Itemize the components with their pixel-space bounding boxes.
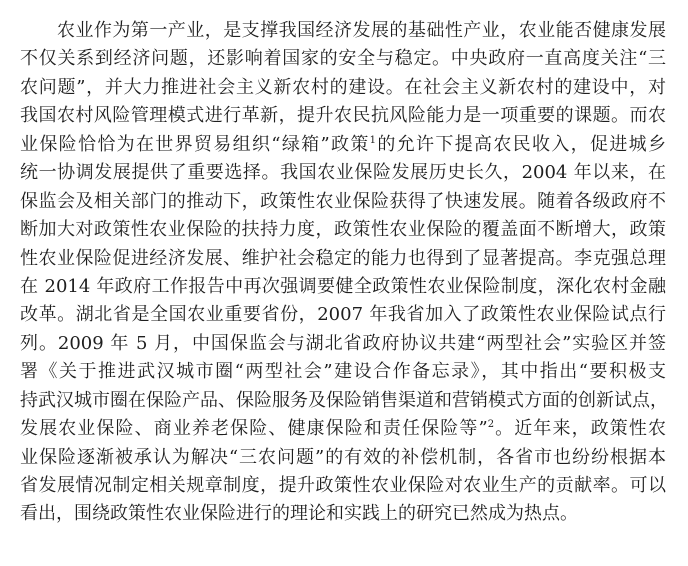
- paragraph-line: 列。2009 年 5 月，中国保监会与湖北省政府协议共建“两型社会”实验区并签: [20, 330, 666, 358]
- paragraph-line: 看出，围绕政策性农业保险进行的理论和实践上的研究已然成为热点。: [20, 500, 666, 528]
- paragraph-line: 省发展情况制定相关规章制度，提升政策性农业保险对农业生产的贡献率。可以: [20, 472, 666, 500]
- paragraph-line: 改革。湖北省是全国农业重要省份，2007 年我省加入了政策性农业保险试点行: [20, 301, 666, 329]
- paragraph-line-with-footnote: 业保险恰恰为在世界贸易组织“绿箱”政策1的允许下提高农民收入，促进城乡: [20, 131, 666, 159]
- body-paragraph: 农业作为第一产业，是支撑我国经济发展的基础性产业，农业能否健康发展 不仅关系到经…: [20, 17, 666, 529]
- paragraph-line: 不仅关系到经济问题，还影响着国家的安全与稳定。中央政府一直高度关注“三: [20, 45, 666, 73]
- paragraph-line: 断加大对政策性农业保险的扶持力度，政策性农业保险的覆盖面不断增大，政策: [20, 216, 666, 244]
- paragraph-line: 性农业保险促进经济发展、维护社会稳定的能力也得到了显著提高。李克强总理: [20, 245, 666, 273]
- paragraph-line: 持武汉城市圈在保险产品、保险服务及保险销售渠道和营销模式方面的创新试点，: [20, 387, 666, 415]
- paragraph-line: 署《关于推进武汉城市圈“两型社会”建设合作备忘录》，其中指出“要积极支: [20, 358, 666, 386]
- line-text: 的允许下提高农民收入，促进城乡: [376, 134, 666, 155]
- line-text: 发展农业保险、商业养老保险、健康保险和责任保险等”: [20, 418, 488, 439]
- paragraph-line: 保监会及相关部门的推动下，政策性农业保险获得了快速发展。随着各级政府不: [20, 188, 666, 216]
- paragraph-line: 业保险逐渐被承认为解决“三农问题”的有效的补偿机制，各省市也纷纷根据本: [20, 444, 666, 472]
- paragraph-line: 农问题”，并大力推进社会主义新农村的建设。在社会主义新农村的建设中，对: [20, 74, 666, 102]
- document-page: 农业作为第一产业，是支撑我国经济发展的基础性产业，农业能否健康发展 不仅关系到经…: [20, 17, 666, 529]
- paragraph-line: 统一协调发展提供了重要选择。我国农业保险发展历史长久，2004 年以来，在: [20, 159, 666, 187]
- paragraph-line: 我国农村风险管理模式进行革新，提升农民抗风险能力是一项重要的课题。而农: [20, 102, 666, 130]
- paragraph-line-with-footnote: 发展农业保险、商业养老保险、健康保险和责任保险等”2。近年来，政策性农: [20, 415, 666, 443]
- paragraph-line: 在 2014 年政府工作报告中再次强调要健全政策性农业保险制度，深化农村金融: [20, 273, 666, 301]
- line-text: 。近年来，政策性农: [494, 418, 666, 439]
- paragraph-line: 农业作为第一产业，是支撑我国经济发展的基础性产业，农业能否健康发展: [20, 17, 666, 45]
- line-text: 业保险恰恰为在世界贸易组织“绿箱”政策: [20, 134, 370, 155]
